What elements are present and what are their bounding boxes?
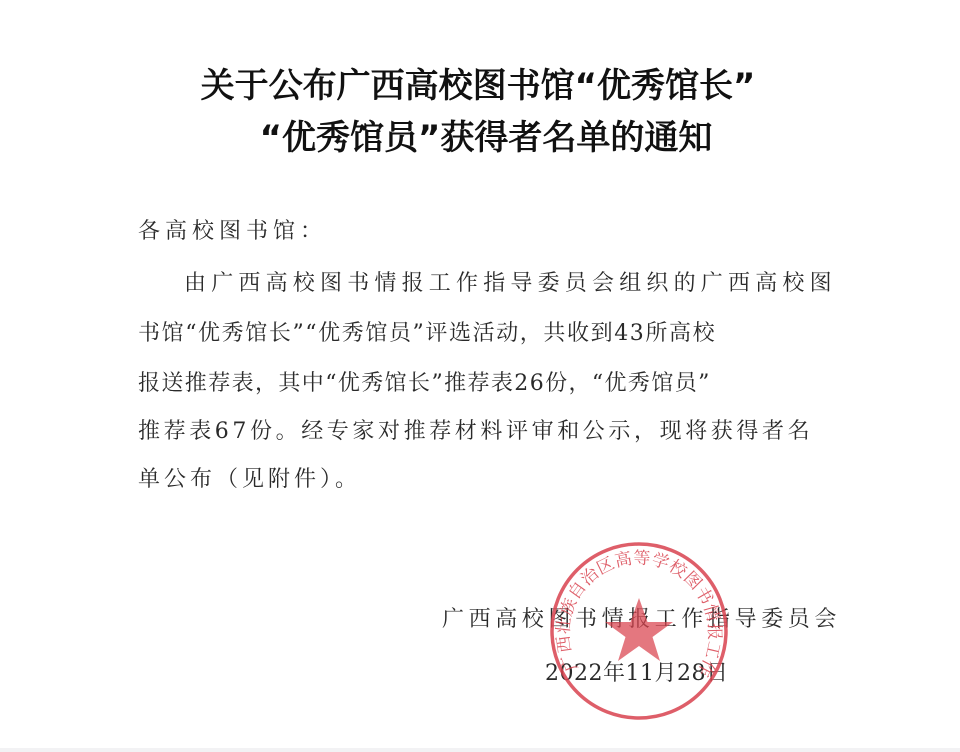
document-title-line-2: “优秀馆员”获得者名单的通知 — [6, 110, 960, 159]
body-line-3: 报送推荐表，其中“优秀馆长”推荐表26份，“优秀馆员” — [138, 366, 711, 397]
document-page: 关于公布广西高校图书馆“优秀馆长” “优秀馆员”获得者名单的通知 各高校图书馆：… — [0, 0, 960, 748]
body-line-1: 由广西高校图书情报工作指导委员会组织的广西高校图 — [184, 266, 837, 297]
document-title-line-1: 关于公布广西高校图书馆“优秀馆长” — [0, 58, 958, 107]
body-line-4: 推荐表67份。经专家对推荐材料评审和公示，现将获得者名 — [138, 414, 813, 445]
signature-organization: 广西高校图书情报工作指导委员会 — [442, 602, 841, 633]
body-line-2: 书馆“优秀馆长”“优秀馆员”评选活动，共收到43所高校 — [138, 316, 716, 347]
signature-date: 2022年11月28日 — [545, 656, 728, 687]
salutation: 各高校图书馆： — [138, 214, 327, 245]
page-bottom-edge — [0, 748, 960, 752]
body-line-5: 单公布（见附件）。 — [138, 462, 361, 493]
